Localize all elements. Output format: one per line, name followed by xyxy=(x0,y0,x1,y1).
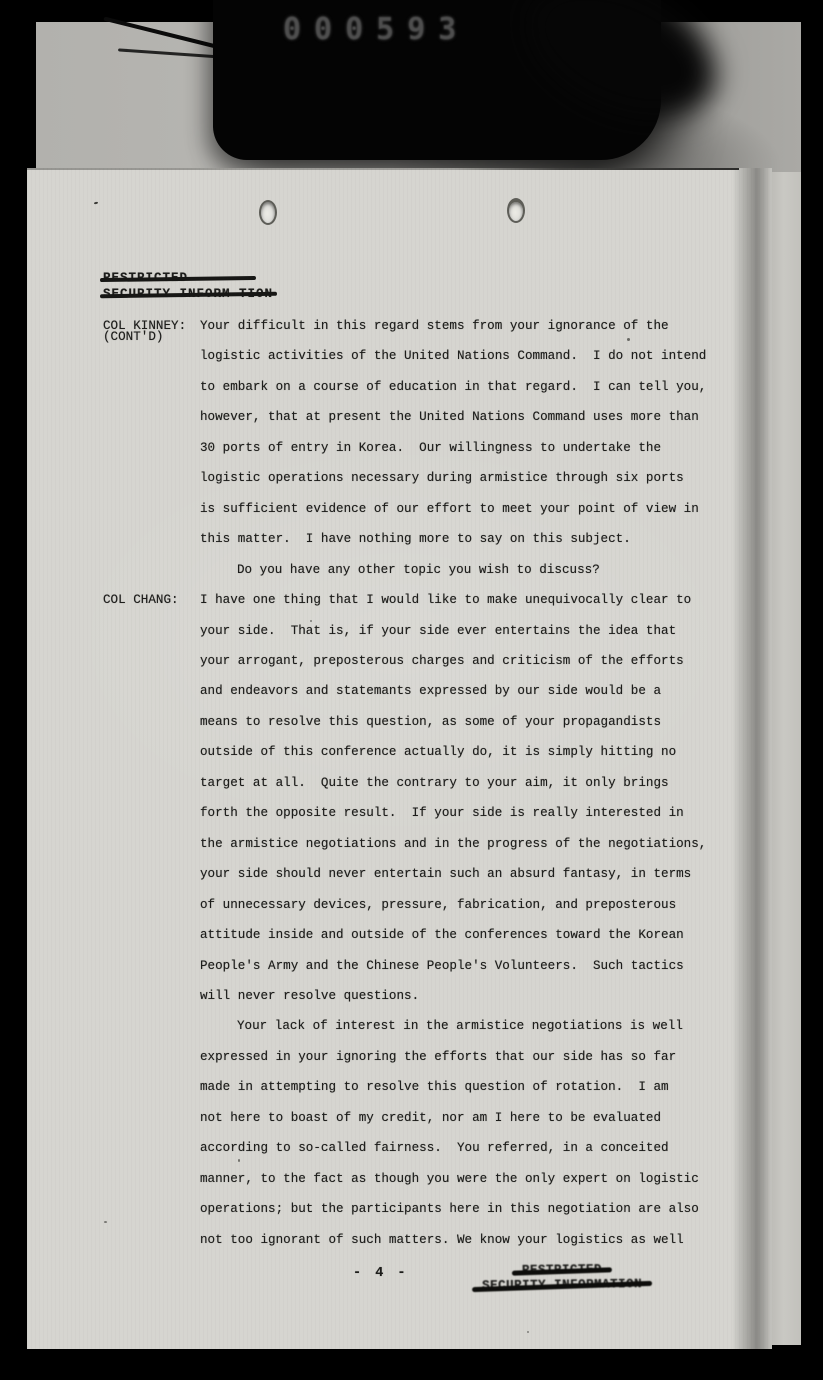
transcript-line: Your difficult in this regard stems from… xyxy=(200,311,760,341)
speaker-label-chang: COL CHANG: xyxy=(103,585,179,615)
dust-speck xyxy=(627,338,630,341)
transcript-line: means to resolve this question, as some … xyxy=(200,707,760,737)
transcript-line: Your lack of interest in the armistice n… xyxy=(200,1011,760,1041)
transcript-line: your side should never entertain such an… xyxy=(200,859,760,889)
restricted-stamp-text: RESTRICTED xyxy=(103,271,188,285)
restricted-stamp-text: RESTRICTED xyxy=(522,1263,602,1278)
speaker-label-contd: (CONT'D) xyxy=(103,331,163,345)
transcript-line: is sufficient evidence of our effort to … xyxy=(200,494,760,524)
security-information-stamp-text: SECURITY INFORMATION xyxy=(482,1277,642,1293)
transcript-line: manner, to the fact as though you were t… xyxy=(200,1164,760,1194)
transcript-line: forth the opposite result. If your side … xyxy=(200,798,760,828)
transcript-line: 30 ports of entry in Korea. Our willingn… xyxy=(200,433,760,463)
dust-speck xyxy=(527,1331,529,1333)
transcript-line: not too ignorant of such matters. We kno… xyxy=(200,1225,760,1255)
scanned-document-photo: { "counter": { "digits": "000593" }, "he… xyxy=(0,0,823,1380)
transcript-line: expressed in your ignoring the efforts t… xyxy=(200,1042,760,1072)
binder-hole-left xyxy=(259,200,277,225)
transcript-line: your arrogant, preposterous charges and … xyxy=(200,646,760,676)
transcript-line: target at all. Quite the contrary to you… xyxy=(200,768,760,798)
transcript-line: and endeavors and statemants expressed b… xyxy=(200,676,760,706)
security-information-stamp-text: SECURITY INFORM TION xyxy=(103,287,273,301)
dust-speck xyxy=(310,620,312,622)
transcript-line: not here to boast of my credit, nor am I… xyxy=(200,1103,760,1133)
dust-speck xyxy=(104,1221,107,1223)
transcript-line: logistic activities of the United Nation… xyxy=(200,341,760,371)
transcript-line: attitude inside and outside of the confe… xyxy=(200,920,760,950)
footer-classification-stamp: RESTRICTED SECURITY INFORMATION xyxy=(447,1262,677,1293)
transcript-body: Your difficult in this regard stems from… xyxy=(200,311,760,1255)
transcript-line: People's Army and the Chinese People's V… xyxy=(200,951,760,981)
dust-speck xyxy=(94,202,98,205)
transcript-line: your side. That is, if your side ever en… xyxy=(200,616,760,646)
document-clamp: 000593 xyxy=(213,0,661,160)
frame-counter-digits: 000593 xyxy=(283,12,469,47)
transcript-line: I have one thing that I would like to ma… xyxy=(200,585,760,615)
transcript-line: however, that at present the United Nati… xyxy=(200,402,760,432)
header-classification-stamp: RESTRICTED SECURITY INFORM TION xyxy=(103,271,273,301)
transcript-line: logistic operations necessary during arm… xyxy=(200,463,760,493)
transcript-line: outside of this conference actually do, … xyxy=(200,737,760,767)
binder-hole-right xyxy=(507,198,525,223)
transcript-line: to embark on a course of education in th… xyxy=(200,372,760,402)
transcript-line: the armistice negotiations and in the pr… xyxy=(200,829,760,859)
document-page: RESTRICTED SECURITY INFORM TION COL KINN… xyxy=(27,168,772,1349)
transcript-line: operations; but the participants here in… xyxy=(200,1194,760,1224)
page-number: - 4 - xyxy=(353,1266,409,1281)
transcript-line: this matter. I have nothing more to say … xyxy=(200,524,760,554)
transcript-line: made in attempting to resolve this quest… xyxy=(200,1072,760,1102)
transcript-line: according to so-called fairness. You ref… xyxy=(200,1133,760,1163)
transcript-line: will never resolve questions. xyxy=(200,981,760,1011)
dust-speck xyxy=(238,1159,240,1162)
transcript-line: Do you have any other topic you wish to … xyxy=(200,555,760,585)
transcript-line: of unnecessary devices, pressure, fabric… xyxy=(200,890,760,920)
